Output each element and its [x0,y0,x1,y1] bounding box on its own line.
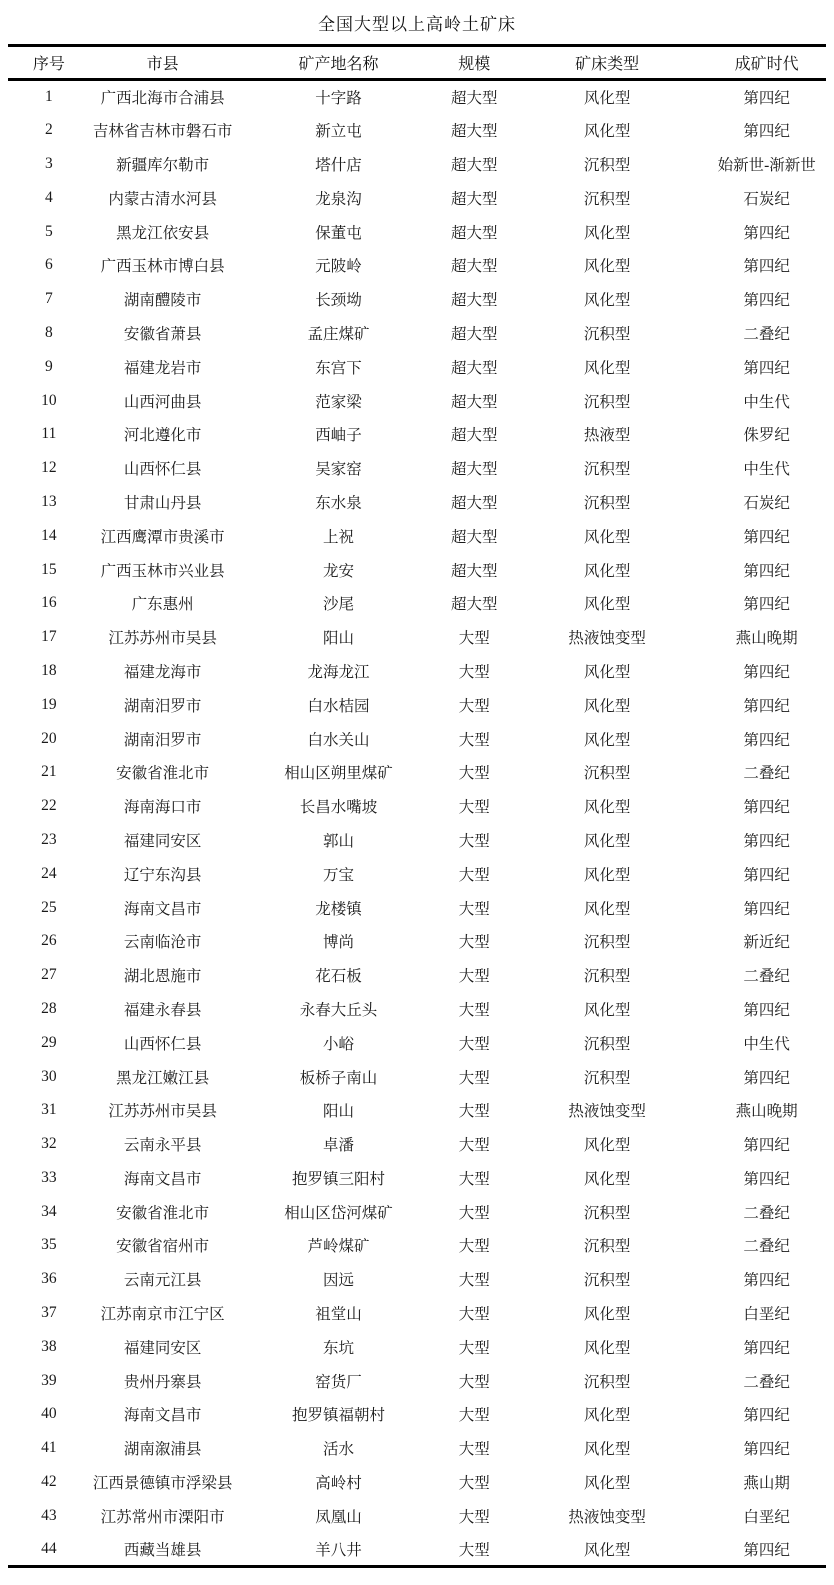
cell-scale: 超大型 [442,248,507,282]
cell-deposit-type: 风化型 [507,1465,707,1499]
cell-deposit-type: 沉积型 [507,1060,707,1094]
table-row: 31江苏苏州市吴县阳山大型热液蚀变型燕山晚期 [8,1093,826,1127]
cell-era: 第四纪 [707,350,826,384]
cell-no: 27 [8,958,90,992]
cell-scale: 超大型 [442,451,507,485]
cell-deposit-type: 风化型 [507,1296,707,1330]
cell-scale: 大型 [442,924,507,958]
cell-city-county: 新疆库尔勒市 [90,147,236,181]
cell-deposit-name: 万宝 [235,857,441,891]
table-row: 20湖南汨罗市白水关山大型风化型第四纪 [8,722,826,756]
cell-city-county: 黑龙江依安县 [90,215,236,249]
cell-deposit-type: 风化型 [507,891,707,925]
cell-era: 二叠纪 [707,958,826,992]
cell-deposit-type: 风化型 [507,789,707,823]
cell-scale: 超大型 [442,80,507,114]
cell-scale: 大型 [442,1296,507,1330]
cell-deposit-name: 白水关山 [235,722,441,756]
cell-deposit-type: 沉积型 [507,1262,707,1296]
table-row: 16广东惠州沙尾超大型风化型第四纪 [8,586,826,620]
cell-era: 第四纪 [707,1330,826,1364]
cell-deposit-type: 沉积型 [507,924,707,958]
cell-deposit-name: 龙楼镇 [235,891,441,925]
table-row: 3新疆库尔勒市塔什店超大型沉积型始新世-渐新世 [8,147,826,181]
cell-deposit-type: 风化型 [507,350,707,384]
cell-era: 燕山晚期 [707,620,826,654]
cell-city-county: 山西怀仁县 [90,451,236,485]
header-no: 序号 [8,46,90,80]
cell-deposit-type: 风化型 [507,1330,707,1364]
cell-no: 40 [8,1398,90,1432]
cell-deposit-type: 沉积型 [507,147,707,181]
cell-city-county: 河北遵化市 [90,417,236,451]
cell-city-county: 湖南汨罗市 [90,722,236,756]
cell-city-county: 湖北恩施市 [90,958,236,992]
cell-no: 6 [8,248,90,282]
header-deposit-name: 矿产地名称 [235,46,441,80]
cell-deposit-name: 新立屯 [235,113,441,147]
table-row: 5黑龙江依安县保董屯超大型风化型第四纪 [8,215,826,249]
cell-deposit-name: 吴家窑 [235,451,441,485]
cell-deposit-name: 板桥子南山 [235,1060,441,1094]
cell-era: 燕山期 [707,1465,826,1499]
cell-city-county: 云南临沧市 [90,924,236,958]
table-row: 18福建龙海市龙海龙江大型风化型第四纪 [8,654,826,688]
page-title: 全国大型以上高岭土矿床 [0,0,834,44]
cell-era: 第四纪 [707,789,826,823]
cell-city-county: 江苏苏州市吴县 [90,1093,236,1127]
header-city-county: 市县 [90,46,236,80]
cell-deposit-type: 热液蚀变型 [507,1499,707,1533]
cell-era: 第四纪 [707,992,826,1026]
cell-deposit-type: 风化型 [507,215,707,249]
table-row: 7湖南醴陵市长颈坳超大型风化型第四纪 [8,282,826,316]
cell-deposit-name: 长颈坳 [235,282,441,316]
cell-deposit-type: 沉积型 [507,181,707,215]
cell-scale: 大型 [442,1026,507,1060]
cell-city-county: 黑龙江嫩江县 [90,1060,236,1094]
cell-city-county: 福建永春县 [90,992,236,1026]
cell-deposit-name: 活水 [235,1431,441,1465]
cell-deposit-name: 高岭村 [235,1465,441,1499]
cell-deposit-type: 风化型 [507,1161,707,1195]
cell-deposit-name: 白水桔园 [235,688,441,722]
table-row: 30黑龙江嫩江县板桥子南山大型沉积型第四纪 [8,1060,826,1094]
cell-city-county: 广西北海市合浦县 [90,80,236,114]
cell-no: 16 [8,586,90,620]
cell-no: 38 [8,1330,90,1364]
table-row: 36云南元江县因远大型沉积型第四纪 [8,1262,826,1296]
cell-deposit-type: 沉积型 [507,958,707,992]
table-row: 21安徽省淮北市相山区朔里煤矿大型沉积型二叠纪 [8,755,826,789]
cell-era: 新近纪 [707,924,826,958]
cell-deposit-type: 沉积型 [507,1364,707,1398]
cell-city-county: 海南文昌市 [90,1398,236,1432]
cell-deposit-type: 热液蚀变型 [507,620,707,654]
cell-deposit-name: 永春大丘头 [235,992,441,1026]
cell-deposit-name: 上祝 [235,519,441,553]
table-row: 17江苏苏州市吴县阳山大型热液蚀变型燕山晚期 [8,620,826,654]
cell-scale: 超大型 [442,113,507,147]
cell-deposit-name: 阳山 [235,620,441,654]
cell-scale: 超大型 [442,147,507,181]
cell-era: 第四纪 [707,282,826,316]
cell-no: 44 [8,1533,90,1567]
cell-deposit-name: 芦岭煤矿 [235,1229,441,1263]
table-row: 44西藏当雄县羊八井大型风化型第四纪 [8,1533,826,1567]
cell-no: 36 [8,1262,90,1296]
cell-scale: 超大型 [442,316,507,350]
cell-no: 24 [8,857,90,891]
cell-era: 第四纪 [707,519,826,553]
cell-era: 中生代 [707,384,826,418]
cell-deposit-type: 沉积型 [507,1229,707,1263]
cell-deposit-name: 抱罗镇三阳村 [235,1161,441,1195]
table-row: 11河北遵化市西岫子超大型热液型侏罗纪 [8,417,826,451]
table-row: 4内蒙古清水河县龙泉沟超大型沉积型石炭纪 [8,181,826,215]
cell-deposit-name: 小峪 [235,1026,441,1060]
cell-scale: 超大型 [442,384,507,418]
cell-city-county: 广东惠州 [90,586,236,620]
cell-deposit-type: 沉积型 [507,451,707,485]
cell-no: 25 [8,891,90,925]
cell-era: 第四纪 [707,823,826,857]
cell-no: 43 [8,1499,90,1533]
table-row: 23福建同安区郭山大型风化型第四纪 [8,823,826,857]
cell-era: 第四纪 [707,722,826,756]
cell-era: 第四纪 [707,1262,826,1296]
cell-city-county: 内蒙古清水河县 [90,181,236,215]
cell-era: 第四纪 [707,80,826,114]
cell-city-county: 甘肃山丹县 [90,485,236,519]
cell-city-county: 江苏苏州市吴县 [90,620,236,654]
table-row: 6广西玉林市博白县元陂岭超大型风化型第四纪 [8,248,826,282]
cell-city-county: 江苏常州市溧阳市 [90,1499,236,1533]
table-row: 24辽宁东沟县万宝大型风化型第四纪 [8,857,826,891]
cell-scale: 大型 [442,654,507,688]
cell-city-county: 广西玉林市兴业县 [90,553,236,587]
cell-deposit-name: 范家梁 [235,384,441,418]
cell-deposit-name: 沙尾 [235,586,441,620]
cell-deposit-name: 龙安 [235,553,441,587]
table-row: 39贵州丹寨县窑货厂大型沉积型二叠纪 [8,1364,826,1398]
cell-deposit-type: 风化型 [507,1533,707,1567]
cell-scale: 大型 [442,958,507,992]
table-row: 41湖南溆浦县活水大型风化型第四纪 [8,1431,826,1465]
table-row: 40海南文昌市抱罗镇福朝村大型风化型第四纪 [8,1398,826,1432]
cell-deposit-name: 十字路 [235,80,441,114]
cell-no: 19 [8,688,90,722]
cell-era: 二叠纪 [707,1364,826,1398]
cell-no: 17 [8,620,90,654]
cell-deposit-name: 东水泉 [235,485,441,519]
cell-scale: 大型 [442,688,507,722]
cell-deposit-type: 风化型 [507,282,707,316]
table-row: 28福建永春县永春大丘头大型风化型第四纪 [8,992,826,1026]
cell-era: 二叠纪 [707,1195,826,1229]
cell-era: 第四纪 [707,1161,826,1195]
cell-city-county: 福建同安区 [90,1330,236,1364]
table-row: 25海南文昌市龙楼镇大型风化型第四纪 [8,891,826,925]
cell-city-county: 安徽省淮北市 [90,1195,236,1229]
cell-era: 燕山晚期 [707,1093,826,1127]
header-deposit-type: 矿床类型 [507,46,707,80]
cell-scale: 超大型 [442,519,507,553]
cell-era: 白垩纪 [707,1499,826,1533]
cell-scale: 大型 [442,1161,507,1195]
header-scale: 规模 [442,46,507,80]
cell-deposit-type: 风化型 [507,823,707,857]
table-row: 12山西怀仁县吴家窑超大型沉积型中生代 [8,451,826,485]
cell-scale: 大型 [442,857,507,891]
cell-no: 30 [8,1060,90,1094]
cell-scale: 大型 [442,1127,507,1161]
cell-deposit-name: 保董屯 [235,215,441,249]
cell-no: 5 [8,215,90,249]
cell-no: 32 [8,1127,90,1161]
cell-scale: 大型 [442,789,507,823]
table-body: 1广西北海市合浦县十字路超大型风化型第四纪2吉林省吉林市磐石市新立屯超大型风化型… [8,80,826,1567]
cell-scale: 超大型 [442,215,507,249]
cell-no: 34 [8,1195,90,1229]
cell-city-county: 福建同安区 [90,823,236,857]
cell-no: 23 [8,823,90,857]
cell-deposit-name: 祖堂山 [235,1296,441,1330]
cell-city-county: 山西河曲县 [90,384,236,418]
cell-no: 14 [8,519,90,553]
cell-city-county: 安徽省淮北市 [90,755,236,789]
cell-deposit-name: 相山区朔里煤矿 [235,755,441,789]
cell-scale: 超大型 [442,417,507,451]
cell-no: 11 [8,417,90,451]
cell-city-county: 江苏南京市江宁区 [90,1296,236,1330]
cell-scale: 大型 [442,1229,507,1263]
cell-deposit-type: 风化型 [507,857,707,891]
table-row: 43江苏常州市溧阳市凤凰山大型热液蚀变型白垩纪 [8,1499,826,1533]
cell-era: 二叠纪 [707,316,826,350]
cell-deposit-name: 相山区岱河煤矿 [235,1195,441,1229]
cell-era: 石炭纪 [707,181,826,215]
cell-city-county: 福建龙海市 [90,654,236,688]
cell-era: 第四纪 [707,857,826,891]
cell-deposit-name: 西岫子 [235,417,441,451]
cell-deposit-name: 因远 [235,1262,441,1296]
cell-no: 1 [8,80,90,114]
cell-era: 中生代 [707,1026,826,1060]
cell-era: 第四纪 [707,1533,826,1567]
cell-city-county: 吉林省吉林市磐石市 [90,113,236,147]
cell-no: 39 [8,1364,90,1398]
cell-era: 二叠纪 [707,1229,826,1263]
table-row: 34安徽省淮北市相山区岱河煤矿大型沉积型二叠纪 [8,1195,826,1229]
table-row: 26云南临沧市博尚大型沉积型新近纪 [8,924,826,958]
cell-deposit-name: 抱罗镇福朝村 [235,1398,441,1432]
cell-deposit-type: 风化型 [507,1398,707,1432]
cell-deposit-type: 风化型 [507,586,707,620]
cell-deposit-type: 风化型 [507,553,707,587]
cell-deposit-name: 羊八井 [235,1533,441,1567]
cell-era: 第四纪 [707,553,826,587]
cell-scale: 大型 [442,620,507,654]
cell-city-county: 广西玉林市博白县 [90,248,236,282]
cell-city-county: 云南元江县 [90,1262,236,1296]
table-row: 27湖北恩施市花石板大型沉积型二叠纪 [8,958,826,992]
cell-deposit-name: 郭山 [235,823,441,857]
cell-era: 第四纪 [707,1398,826,1432]
table-row: 29山西怀仁县小峪大型沉积型中生代 [8,1026,826,1060]
cell-deposit-type: 风化型 [507,992,707,1026]
cell-no: 3 [8,147,90,181]
cell-deposit-type: 热液型 [507,417,707,451]
cell-no: 35 [8,1229,90,1263]
cell-scale: 超大型 [442,553,507,587]
cell-deposit-type: 沉积型 [507,485,707,519]
cell-scale: 大型 [442,1465,507,1499]
cell-scale: 大型 [442,992,507,1026]
cell-scale: 大型 [442,1431,507,1465]
cell-scale: 大型 [442,891,507,925]
cell-no: 18 [8,654,90,688]
table-row: 32云南永平县卓潘大型风化型第四纪 [8,1127,826,1161]
cell-deposit-name: 花石板 [235,958,441,992]
cell-city-county: 江西景德镇市浮梁县 [90,1465,236,1499]
cell-no: 37 [8,1296,90,1330]
cell-scale: 超大型 [442,586,507,620]
cell-city-county: 云南永平县 [90,1127,236,1161]
cell-city-county: 贵州丹寨县 [90,1364,236,1398]
cell-deposit-type: 风化型 [507,1431,707,1465]
cell-no: 20 [8,722,90,756]
cell-no: 12 [8,451,90,485]
cell-scale: 大型 [442,1533,507,1567]
cell-era: 侏罗纪 [707,417,826,451]
cell-era: 石炭纪 [707,485,826,519]
cell-no: 9 [8,350,90,384]
cell-no: 13 [8,485,90,519]
cell-no: 28 [8,992,90,1026]
cell-deposit-name: 龙海龙江 [235,654,441,688]
table-row: 1广西北海市合浦县十字路超大型风化型第四纪 [8,80,826,114]
cell-city-county: 山西怀仁县 [90,1026,236,1060]
table-row: 15广西玉林市兴业县龙安超大型风化型第四纪 [8,553,826,587]
cell-era: 第四纪 [707,1060,826,1094]
table-row: 42江西景德镇市浮梁县高岭村大型风化型燕山期 [8,1465,826,1499]
cell-no: 8 [8,316,90,350]
cell-scale: 超大型 [442,485,507,519]
table-row: 35安徽省宿州市芦岭煤矿大型沉积型二叠纪 [8,1229,826,1263]
cell-city-county: 福建龙岩市 [90,350,236,384]
cell-era: 第四纪 [707,1127,826,1161]
cell-no: 26 [8,924,90,958]
cell-era: 第四纪 [707,248,826,282]
cell-deposit-name: 元陂岭 [235,248,441,282]
table-row: 10山西河曲县范家梁超大型沉积型中生代 [8,384,826,418]
table-row: 22海南海口市长昌水嘴坡大型风化型第四纪 [8,789,826,823]
table-row: 8安徽省萧县孟庄煤矿超大型沉积型二叠纪 [8,316,826,350]
table-header-row: 序号 市县 矿产地名称 规模 矿床类型 成矿时代 [8,46,826,80]
table-row: 13甘肃山丹县东水泉超大型沉积型石炭纪 [8,485,826,519]
cell-deposit-name: 博尚 [235,924,441,958]
cell-deposit-type: 沉积型 [507,1195,707,1229]
cell-city-county: 安徽省宿州市 [90,1229,236,1263]
cell-city-county: 江西鹰潭市贵溪市 [90,519,236,553]
cell-deposit-name: 塔什店 [235,147,441,181]
cell-scale: 大型 [442,1093,507,1127]
cell-no: 22 [8,789,90,823]
cell-deposit-type: 热液蚀变型 [507,1093,707,1127]
cell-scale: 大型 [442,722,507,756]
cell-deposit-name: 龙泉沟 [235,181,441,215]
cell-deposit-type: 风化型 [507,1127,707,1161]
cell-no: 21 [8,755,90,789]
header-era: 成矿时代 [707,46,826,80]
cell-era: 第四纪 [707,1431,826,1465]
cell-deposit-type: 风化型 [507,688,707,722]
table-row: 33海南文昌市抱罗镇三阳村大型风化型第四纪 [8,1161,826,1195]
cell-scale: 大型 [442,755,507,789]
deposits-table: 序号 市县 矿产地名称 规模 矿床类型 成矿时代 1广西北海市合浦县十字路超大型… [8,44,826,1568]
cell-no: 41 [8,1431,90,1465]
cell-scale: 超大型 [442,350,507,384]
cell-no: 4 [8,181,90,215]
cell-deposit-type: 风化型 [507,519,707,553]
cell-deposit-name: 东坑 [235,1330,441,1364]
cell-deposit-name: 东宫下 [235,350,441,384]
table-row: 37江苏南京市江宁区祖堂山大型风化型白垩纪 [8,1296,826,1330]
cell-deposit-type: 风化型 [507,80,707,114]
cell-city-county: 湖南汨罗市 [90,688,236,722]
cell-era: 中生代 [707,451,826,485]
cell-era: 第四纪 [707,586,826,620]
cell-deposit-type: 风化型 [507,248,707,282]
cell-city-county: 海南文昌市 [90,1161,236,1195]
cell-no: 7 [8,282,90,316]
cell-no: 31 [8,1093,90,1127]
cell-era: 第四纪 [707,688,826,722]
cell-no: 15 [8,553,90,587]
table-row: 2吉林省吉林市磐石市新立屯超大型风化型第四纪 [8,113,826,147]
cell-city-county: 海南文昌市 [90,891,236,925]
cell-scale: 超大型 [442,282,507,316]
cell-deposit-type: 风化型 [507,722,707,756]
table-row: 19湖南汨罗市白水桔园大型风化型第四纪 [8,688,826,722]
cell-deposit-type: 沉积型 [507,316,707,350]
cell-city-county: 湖南溆浦县 [90,1431,236,1465]
cell-city-county: 湖南醴陵市 [90,282,236,316]
cell-deposit-name: 窑货厂 [235,1364,441,1398]
cell-deposit-type: 沉积型 [507,384,707,418]
cell-deposit-name: 孟庄煤矿 [235,316,441,350]
cell-scale: 大型 [442,1330,507,1364]
cell-deposit-name: 卓潘 [235,1127,441,1161]
cell-deposit-name: 长昌水嘴坡 [235,789,441,823]
cell-city-county: 辽宁东沟县 [90,857,236,891]
cell-no: 42 [8,1465,90,1499]
cell-scale: 大型 [442,1364,507,1398]
cell-no: 10 [8,384,90,418]
cell-scale: 大型 [442,1398,507,1432]
table-row: 38福建同安区东坑大型风化型第四纪 [8,1330,826,1364]
cell-no: 29 [8,1026,90,1060]
cell-no: 33 [8,1161,90,1195]
cell-era: 第四纪 [707,891,826,925]
cell-scale: 大型 [442,1262,507,1296]
cell-scale: 超大型 [442,181,507,215]
cell-era: 第四纪 [707,113,826,147]
cell-deposit-type: 风化型 [507,654,707,688]
cell-city-county: 安徽省萧县 [90,316,236,350]
cell-scale: 大型 [442,1195,507,1229]
